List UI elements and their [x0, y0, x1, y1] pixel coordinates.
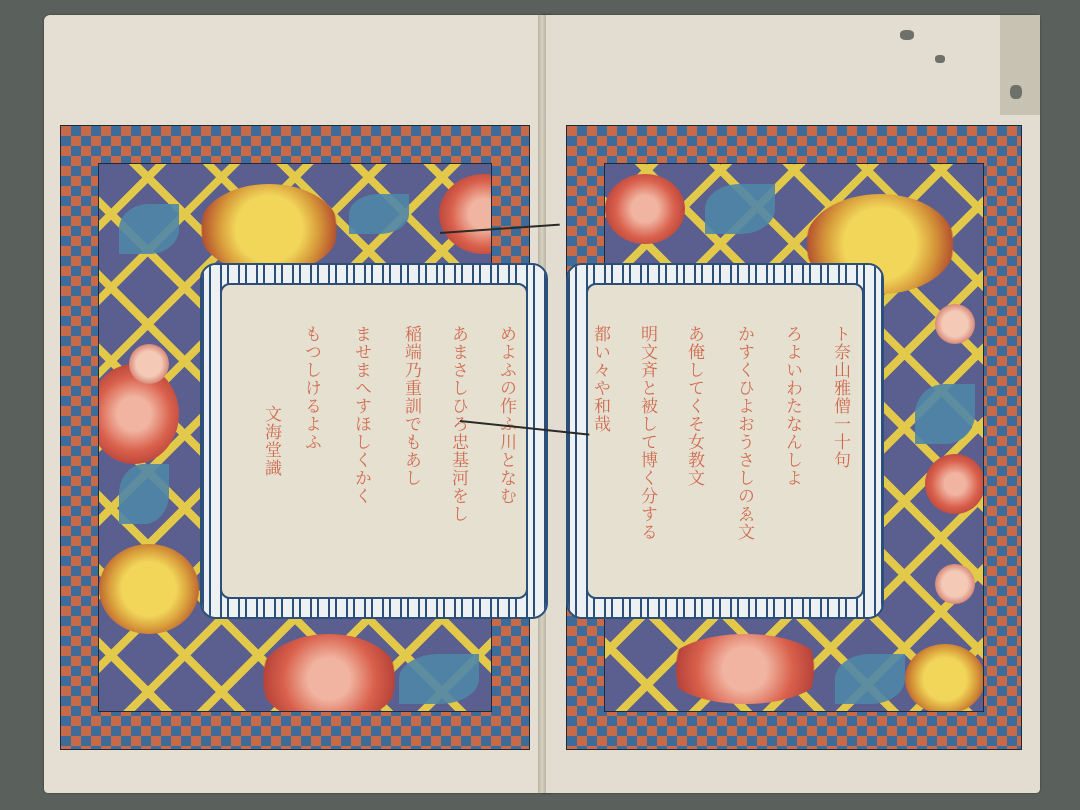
peony	[259, 634, 399, 712]
peony	[925, 454, 984, 514]
text-column: もつしけるよふ	[303, 325, 321, 451]
leaf	[349, 194, 409, 234]
text-column: あ俺してくそ女教文	[686, 325, 704, 487]
leaf	[399, 654, 479, 704]
damage-spot	[1010, 85, 1022, 99]
damage-spot	[900, 30, 914, 40]
leaf	[119, 204, 179, 254]
leaf	[915, 384, 975, 444]
chrysanthemum	[199, 184, 339, 274]
text-column: 都い々や和哉	[592, 325, 610, 433]
small-blossom	[935, 564, 975, 604]
leaf	[119, 464, 169, 524]
left-text-panel: めよふの作ふ川となむ あまさしひろ忠基河をし 稲端乃重訓でもあし ませまへすほし…	[200, 263, 548, 619]
text-column: ませまへすほしくかく	[353, 325, 371, 505]
signature: 文海堂識	[263, 405, 281, 477]
paper-tear	[1000, 15, 1040, 115]
right-text-area: ト奈山雅僧一十句 ろよいわたなんしよ かすくひよおうさしのゑ文 あ俺してくそ女教…	[586, 283, 864, 599]
text-column: かすくひよおうさしのゑ文	[736, 325, 754, 541]
text-column: 稲端乃重訓でもあし	[403, 325, 421, 487]
damage-spot	[935, 55, 945, 63]
small-blossom	[935, 304, 975, 344]
leaf	[835, 654, 905, 704]
text-column: めよふの作ふ川となむ	[498, 325, 516, 505]
text-column: あまさしひろ忠基河をし	[450, 325, 468, 523]
peony	[665, 634, 825, 704]
peony	[439, 174, 492, 254]
text-column: ろよいわたなんしよ	[784, 325, 802, 487]
leaf	[705, 184, 775, 234]
text-column: 明文斉と被して博く分する	[639, 325, 657, 541]
left-text-area: めよふの作ふ川となむ あまさしひろ忠基河をし 稲端乃重訓でもあし ませまへすほし…	[220, 283, 528, 599]
chrysanthemum	[905, 644, 984, 712]
text-column: ト奈山雅僧一十句	[832, 325, 850, 469]
peony	[605, 174, 685, 244]
chrysanthemum	[99, 544, 199, 634]
small-blossom	[129, 344, 169, 384]
right-text-panel: ト奈山雅僧一十句 ろよいわたなんしよ かすくひよおうさしのゑ文 あ俺してくそ女教…	[566, 263, 884, 619]
